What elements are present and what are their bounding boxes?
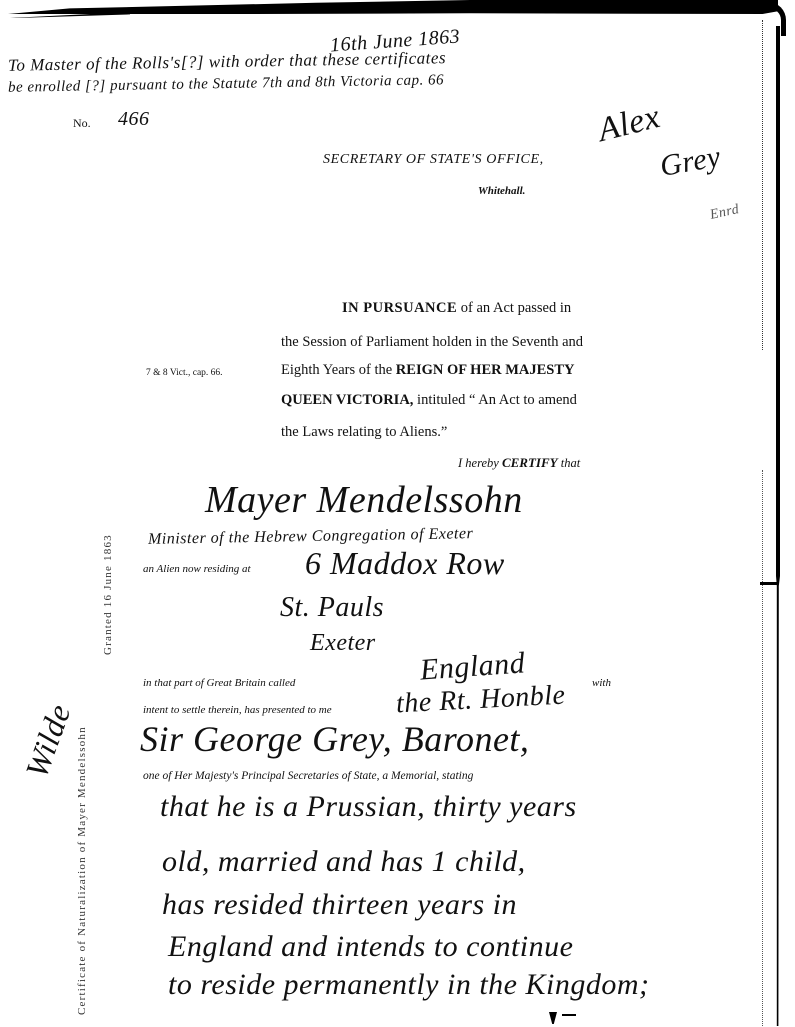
signature-alex: Alex [594, 98, 664, 150]
memorial-line-4: England and intends to continue [168, 930, 573, 964]
certify-b: CERTIFY [502, 455, 558, 470]
pursuance-line-1-rest: of an Act passed in [461, 300, 571, 316]
pursuance-line-1: IN PURSUANCE of an Act passed in [342, 300, 571, 317]
pursuance-line-5: the Laws relating to Aliens.” [281, 424, 447, 441]
statute-reference: 7 & 8 Vict., cap. 66. [146, 368, 223, 378]
address-line-2: St. Pauls [280, 592, 384, 624]
pursuance-line-4: QUEEN VICTORIA, intituled “ An Act to am… [281, 392, 577, 409]
memorial-line-5: to reside permanently in the Kingdom; [168, 968, 649, 1002]
address-line-1: 6 Maddox Row [305, 545, 505, 582]
certify-a: I hereby [458, 456, 499, 470]
page-right-notch [760, 582, 778, 585]
margin-signature: Wilde [18, 699, 79, 782]
memorial-line-1: that he is a Prussian, thirty years [160, 790, 577, 824]
secretary-label: one of Her Majesty's Principal Secretari… [143, 770, 473, 782]
pursuance-line-3-a: Eighth Years of the [281, 362, 392, 378]
memorial-line-3: has resided thirteen years in [162, 888, 517, 922]
pursuance-line-4-b: intituled “ An Act to amend [417, 392, 577, 408]
page-right-edge [776, 26, 780, 1026]
office-title: SECRETARY OF STATE'S OFFICE, [323, 152, 544, 168]
with-label: with [592, 677, 611, 689]
pursuance-line-4-a: QUEEN VICTORIA, [281, 392, 413, 408]
office-location: Whitehall. [478, 185, 525, 197]
country-label: in that part of Great Britain called [143, 677, 295, 689]
pursuance-line-2: the Session of Parliament holden in the … [281, 334, 583, 351]
residing-label: an Alien now residing at [143, 563, 251, 575]
page-right-perforation [762, 20, 763, 350]
alien-name: Mayer Mendelssohn [205, 478, 523, 522]
signature-grey: Grey [658, 140, 724, 184]
margin-vertical-note-1: Certificate of Naturalization of Mayer M… [76, 355, 88, 1015]
margin-vertical-note-2: Granted 16 June 1863 [102, 355, 114, 655]
page-top-shadow [8, 0, 778, 14]
document-page: 16th June 1863 To Master of the Rolls's[… [0, 0, 795, 1027]
pursuance-line-3-b: REIGN OF HER MAJESTY [396, 362, 575, 378]
secretary-name: Sir George Grey, Baronet, [140, 718, 529, 760]
number-label: No. [73, 116, 91, 131]
enrolled-annotation: Enrd [709, 202, 741, 224]
memorial-line-2: old, married and has 1 child, [162, 845, 526, 879]
address-line-3: Exeter [310, 630, 376, 657]
intent-label: intent to settle therein, has presented … [143, 704, 332, 716]
instruction-line-2: be enrolled [?] pursuant to the Statute … [8, 72, 444, 97]
number-value: 466 [118, 108, 150, 131]
instruction-line-1: To Master of the Rolls's[?] with order t… [8, 48, 446, 76]
certify-c: that [561, 456, 580, 470]
pursuance-line-3: Eighth Years of the REIGN OF HER MAJESTY [281, 362, 575, 379]
bottom-mark [549, 1012, 557, 1024]
page-right-perforation-lower [762, 470, 763, 1027]
pursuance-heading: IN PURSUANCE [342, 300, 457, 316]
bottom-dash [562, 1014, 576, 1016]
certify-line: I hereby CERTIFY that [458, 455, 580, 471]
